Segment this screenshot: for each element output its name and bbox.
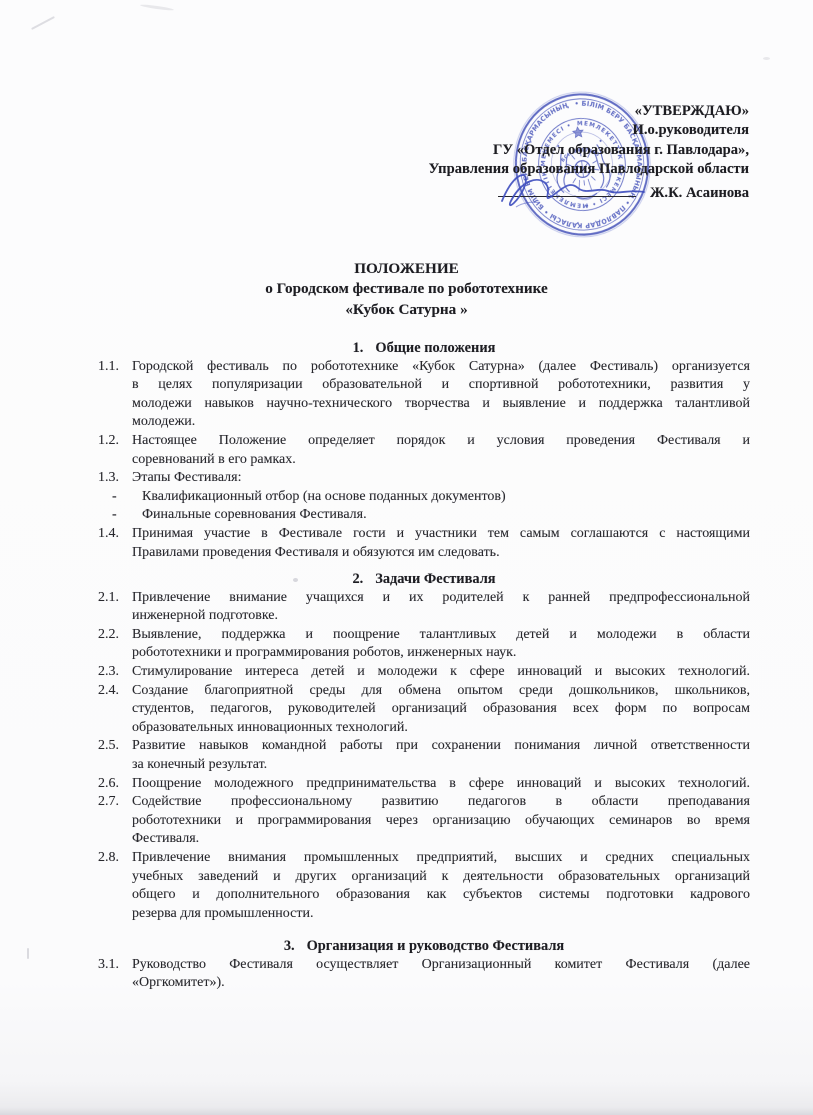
clause-number: 1.4. — [98, 525, 132, 544]
scan-artifact — [27, 948, 29, 959]
clause-number: 2.7. — [98, 793, 132, 812]
section-title: Общие положения — [375, 340, 495, 356]
handwritten-signature — [492, 163, 662, 223]
clause-2-1: 2.1. Привлечение внимание учащихся и их … — [98, 589, 750, 626]
text-line: образовательных инновационных технологий… — [132, 719, 750, 738]
section-title: Организация и руководство Фестиваля — [307, 938, 565, 954]
text-line: учебных заведений и других организаций к… — [132, 868, 750, 887]
section-number: 3. — [284, 938, 295, 954]
text-line: общего и дополнительного образования как… — [132, 886, 750, 905]
text-line: Настоящее Положение определяет порядок и… — [132, 432, 750, 451]
document-subtitle: о Городском фестивале по робототехнике — [0, 279, 813, 299]
section-heading: 2.Задачи Фестиваля — [98, 570, 750, 589]
text-line: соревнований в его рамках. — [132, 451, 750, 470]
bullet-marker: - — [112, 506, 142, 525]
clause-1-3: 1.3. Этапы Фестиваля: — [98, 469, 750, 488]
text-line: Стимулирование интереса детей и молодежи… — [132, 663, 750, 682]
text-line: Выявление, поддержка и поощрение талантл… — [132, 626, 750, 645]
clause-number: 1.3. — [98, 469, 132, 488]
clause-2-5: 2.5. Развитие навыков командной работы п… — [98, 737, 750, 774]
text-line: студентов, педагогов, руководителей орга… — [132, 700, 750, 719]
text-line: Руководство Фестиваля осуществляет Орган… — [132, 956, 750, 975]
clause-number: 2.8. — [98, 849, 132, 868]
bullet-text: Квалификационный отбор (на основе поданн… — [142, 488, 506, 507]
clause-2-8: 2.8. Привлечение внимания промышленных п… — [98, 849, 750, 923]
approval-line: ГУ «Отдел образования г. Павлодара», — [429, 141, 749, 160]
clause-3-1: 3.1. Руководство Фестиваля осуществляет … — [98, 956, 750, 993]
document-title: ПОЛОЖЕНИЕ — [0, 259, 813, 279]
scanned-document-page: • БІЛІМ БЕРУ БАСҚАРМАСЫНЫҢ • ПАВЛОДАР ҚА… — [0, 0, 813, 1115]
section-number: 1. — [353, 340, 364, 356]
scan-artifact — [763, 57, 770, 60]
clause-number: 2.1. — [98, 589, 132, 608]
signer-name: Ж.К. Асаинова — [650, 185, 749, 201]
scan-artifact — [140, 4, 174, 12]
section-title: Задачи Фестиваля — [375, 571, 495, 587]
clause-number: 2.5. — [98, 737, 132, 756]
document-title-block: ПОЛОЖЕНИЕ о Городском фестивале по робот… — [0, 259, 813, 320]
scan-artifact — [31, 16, 55, 30]
text-line: Привлечение внимания промышленных предпр… — [132, 849, 750, 868]
clause-number: 2.2. — [98, 626, 132, 645]
clause-2-2: 2.2. Выявление, поддержка и поощрение та… — [98, 626, 750, 663]
text-line: робототехники и программирования роботов… — [132, 644, 750, 663]
document-subtitle-2: «Кубок Сатурна » — [0, 300, 813, 320]
text-line: резерва для промышленности. — [132, 905, 750, 924]
text-line: молодежи. — [132, 413, 750, 432]
bullet-marker: - — [112, 488, 142, 507]
signature-stroke-icon — [492, 163, 662, 223]
clause-2-3: 2.3. Стимулирование интереса детей и мол… — [98, 663, 750, 682]
section-organization: 3.Организация и руководство Фестиваля 3.… — [98, 937, 750, 993]
text-line: в целях популяризации образовательной и … — [132, 376, 750, 395]
clause-number: 2.3. — [98, 663, 132, 682]
text-line: Правилами проведения Фестиваля и обязуют… — [132, 544, 750, 563]
section-heading: 3.Организация и руководство Фестиваля — [98, 937, 750, 956]
clause-2-6: 2.6. Поощрение молодежного предпринимате… — [98, 775, 750, 794]
bullet-text: Финальные соревнования Фестиваля. — [142, 506, 367, 525]
text-line: робототехники и программирования через о… — [132, 812, 750, 831]
clause-2-4: 2.4. Создание благоприятной среды для об… — [98, 682, 750, 738]
section-number: 2. — [352, 571, 363, 587]
approval-line: И.о.руководителя — [429, 121, 749, 140]
text-line: инженерной подготовке. — [132, 607, 750, 626]
text-line: за конечный результат. — [132, 756, 750, 775]
bullet-item: - Финальные соревнования Фестиваля. — [98, 506, 750, 525]
clause-number: 3.1. — [98, 956, 132, 975]
text-line: Поощрение молодежного предпринимательств… — [132, 775, 750, 794]
text-line: Этапы Фестиваля: — [132, 469, 750, 488]
clause-1-4: 1.4. Принимая участие в Фестивале гости … — [98, 525, 750, 562]
clause-1-1: 1.1. Городской фестиваль по робототехник… — [98, 358, 750, 432]
clause-number: 2.6. — [98, 775, 132, 794]
clause-number: 1.1. — [98, 358, 132, 377]
text-line: Городской фестиваль по робототехнике «Ку… — [132, 358, 750, 377]
text-line: Содействие профессиональному развитию пе… — [132, 793, 750, 812]
text-line: молодежи навыков научно-технического тво… — [132, 395, 750, 414]
bullet-item: - Квалификационный отбор (на основе пода… — [98, 488, 750, 507]
text-line: Фестиваля. — [132, 830, 750, 849]
text-line: Привлечение внимание учащихся и их родит… — [132, 589, 750, 608]
approval-line: «УТВЕРЖДАЮ» — [429, 102, 749, 121]
text-line: Развитие навыков командной работы при со… — [132, 737, 750, 756]
text-line: Создание благоприятной среды для обмена … — [132, 682, 750, 701]
clause-1-2: 1.2. Настоящее Положение определяет поря… — [98, 432, 750, 469]
section-general-provisions: 1.Общие положения 1.1. Городской фестива… — [98, 339, 750, 562]
section-heading: 1.Общие положения — [98, 339, 750, 358]
text-line: Принимая участие в Фестивале гости и уча… — [132, 525, 750, 544]
text-line: «Оргкомитет»). — [132, 974, 750, 993]
clause-number: 1.2. — [98, 432, 132, 451]
clause-number: 2.4. — [98, 682, 132, 701]
section-festival-goals: 2.Задачи Фестиваля 2.1. Привлечение вним… — [98, 570, 750, 923]
clause-2-7: 2.7. Содействие профессиональному развит… — [98, 793, 750, 849]
